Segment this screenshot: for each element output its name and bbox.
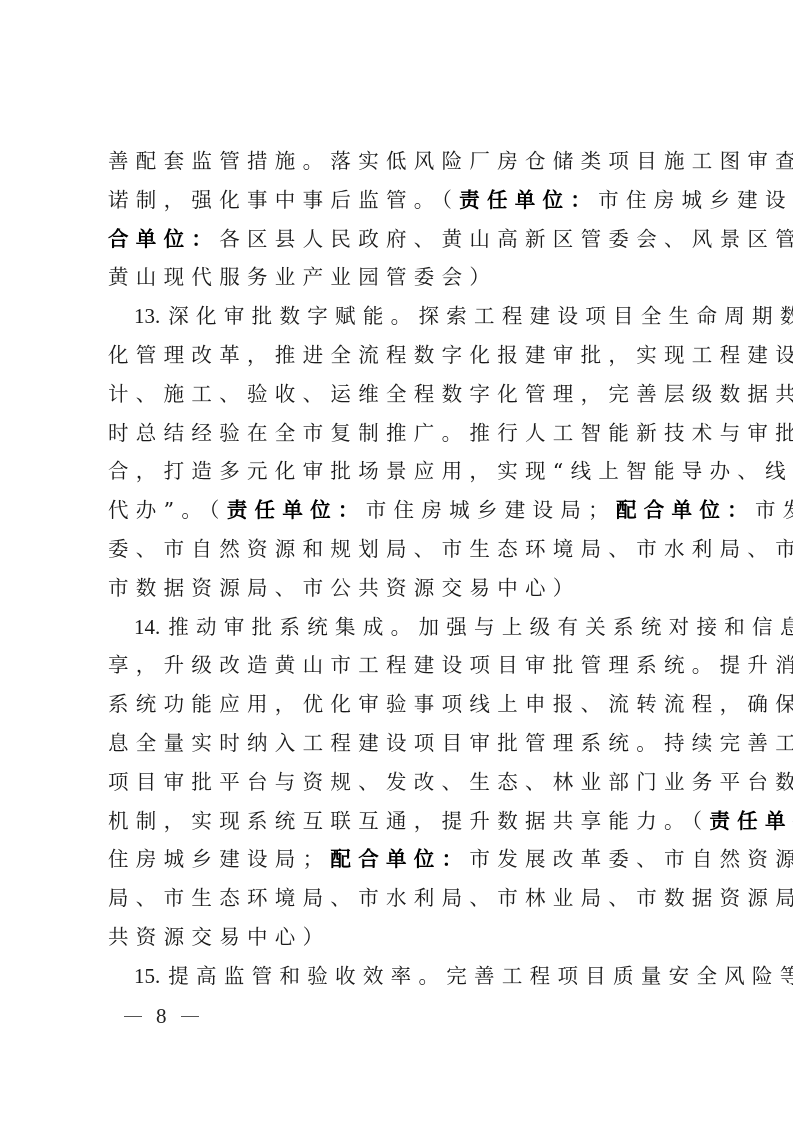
text-segment: 推动审批系统集成。加强与上级有关系统对接和信息共 (168, 615, 793, 639)
text-segment: 共资源交易中心） (108, 925, 330, 949)
dash-right (181, 1016, 199, 1018)
text-line: 诺制，强化事中事后监管。（责任单位：市住房城乡建设局；配 (108, 181, 700, 220)
text-segment: 住房城乡建设局； (108, 847, 330, 871)
text-segment: 化管理改革，推进全流程数字化报建审批，实现工程建设项目设 (108, 343, 793, 367)
text-segment: 市发展改革 (755, 498, 793, 522)
paragraph-start-line: 15.提高监管和验收效率。完善工程项目质量安全风险等级 (108, 957, 700, 996)
text-segment: 局、市生态环境局、市水利局、市林业局、市数据资源局、市公 (108, 886, 793, 910)
bold-label: 责任单位： (459, 188, 598, 212)
bold-label: 责任单位： (709, 809, 793, 833)
text-segment: 深化审批数字赋能。探索工程建设项目全生命周期数字 (168, 304, 793, 328)
text-segment: 各区县人民政府、黄山高新区管委会、风景区管委会、 (219, 227, 793, 251)
page-number-value: 8 (156, 1004, 167, 1029)
text-segment: 市发展改革委、市自然资源和规划 (469, 847, 793, 871)
text-segment: 市住房城乡建设局； (598, 188, 793, 212)
text-segment: 提高监管和验收效率。完善工程项目质量安全风险等级 (168, 964, 793, 988)
document-body: 善配套监管措施。落实低风险厂房仓储类项目施工图审查告知承诺制，强化事中事后监管。… (108, 142, 700, 996)
bold-label: 配合单位： (616, 498, 755, 522)
bold-label: 责任单位： (227, 498, 366, 522)
paragraph-start-line: 14.推动审批系统集成。加强与上级有关系统对接和信息共 (108, 608, 700, 647)
bold-label: 合单位： (108, 227, 219, 251)
text-line: 住房城乡建设局；配合单位：市发展改革委、市自然资源和规划 (108, 840, 700, 879)
text-line: 项目审批平台与资规、发改、生态、林业部门业务平台数据交互 (108, 763, 700, 802)
text-segment: 市住房城乡建设局； (366, 498, 616, 522)
text-line: 局、市生态环境局、市水利局、市林业局、市数据资源局、市公 (108, 879, 700, 918)
text-line: 机制，实现系统互联互通，提升数据共享能力。（责任单位：市 (108, 802, 700, 841)
item-number: 15. (134, 964, 160, 988)
item-number: 14. (134, 615, 160, 639)
text-segment: 息全量实时纳入工程建设项目审批管理系统。持续完善工程建设 (108, 731, 793, 755)
text-segment: 黄山现代服务业产业园管委会） (108, 265, 497, 289)
text-segment: 诺制，强化事中事后监管。（ (108, 188, 459, 212)
text-line: 化管理改革，推进全流程数字化报建审批，实现工程建设项目设 (108, 336, 700, 375)
text-segment: 系统功能应用，优化审验事项线上申报、流转流程，确保审验信 (108, 692, 793, 716)
page-number: 8 (124, 1004, 199, 1029)
item-number: 13. (134, 304, 160, 328)
text-line: 市数据资源局、市公共资源交易中心） (108, 569, 700, 608)
text-line: 系统功能应用，优化审验事项线上申报、流转流程，确保审验信 (108, 685, 700, 724)
text-segment: 合，打造多元化审批场景应用，实现“线上智能导办、线下全程 (108, 459, 793, 483)
text-line: 代办”。（责任单位：市住房城乡建设局；配合单位：市发展改革 (108, 491, 700, 530)
dash-left (124, 1016, 142, 1018)
text-line: 共资源交易中心） (108, 918, 700, 957)
text-line: 享，升级改造黄山市工程建设项目审批管理系统。提升消防审验 (108, 646, 700, 685)
text-segment: 善配套监管措施。落实低风险厂房仓储类项目施工图审查告知承 (108, 149, 793, 173)
text-line: 委、市自然资源和规划局、市生态环境局、市水利局、市林业局、 (108, 530, 700, 569)
text-line: 时总结经验在全市复制推广。推行人工智能新技术与审批系统融 (108, 414, 700, 453)
bold-label: 配合单位： (330, 847, 469, 871)
text-line: 计、施工、验收、运维全程数字化管理，完善层级数据共享，及 (108, 375, 700, 414)
text-segment: 计、施工、验收、运维全程数字化管理，完善层级数据共享，及 (108, 382, 793, 406)
document-page: 善配套监管措施。落实低风险厂房仓储类项目施工图审查告知承诺制，强化事中事后监管。… (0, 0, 793, 1122)
text-line: 善配套监管措施。落实低风险厂房仓储类项目施工图审查告知承 (108, 142, 700, 181)
text-line: 息全量实时纳入工程建设项目审批管理系统。持续完善工程建设 (108, 724, 700, 763)
text-segment: 项目审批平台与资规、发改、生态、林业部门业务平台数据交互 (108, 770, 793, 794)
text-line: 合单位：各区县人民政府、黄山高新区管委会、风景区管委会、 (108, 220, 700, 259)
text-segment: 市数据资源局、市公共资源交易中心） (108, 576, 581, 600)
text-segment: 享，升级改造黄山市工程建设项目审批管理系统。提升消防审验 (108, 653, 793, 677)
text-line: 合，打造多元化审批场景应用，实现“线上智能导办、线下全程 (108, 452, 700, 491)
paragraph-start-line: 13.深化审批数字赋能。探索工程建设项目全生命周期数字 (108, 297, 700, 336)
text-segment: 机制，实现系统互联互通，提升数据共享能力。（ (108, 809, 709, 833)
text-segment: 代办”。（ (108, 498, 227, 522)
text-segment: 时总结经验在全市复制推广。推行人工智能新技术与审批系统融 (108, 421, 793, 445)
text-line: 黄山现代服务业产业园管委会） (108, 258, 700, 297)
text-segment: 委、市自然资源和规划局、市生态环境局、市水利局、市林业局、 (108, 537, 793, 561)
